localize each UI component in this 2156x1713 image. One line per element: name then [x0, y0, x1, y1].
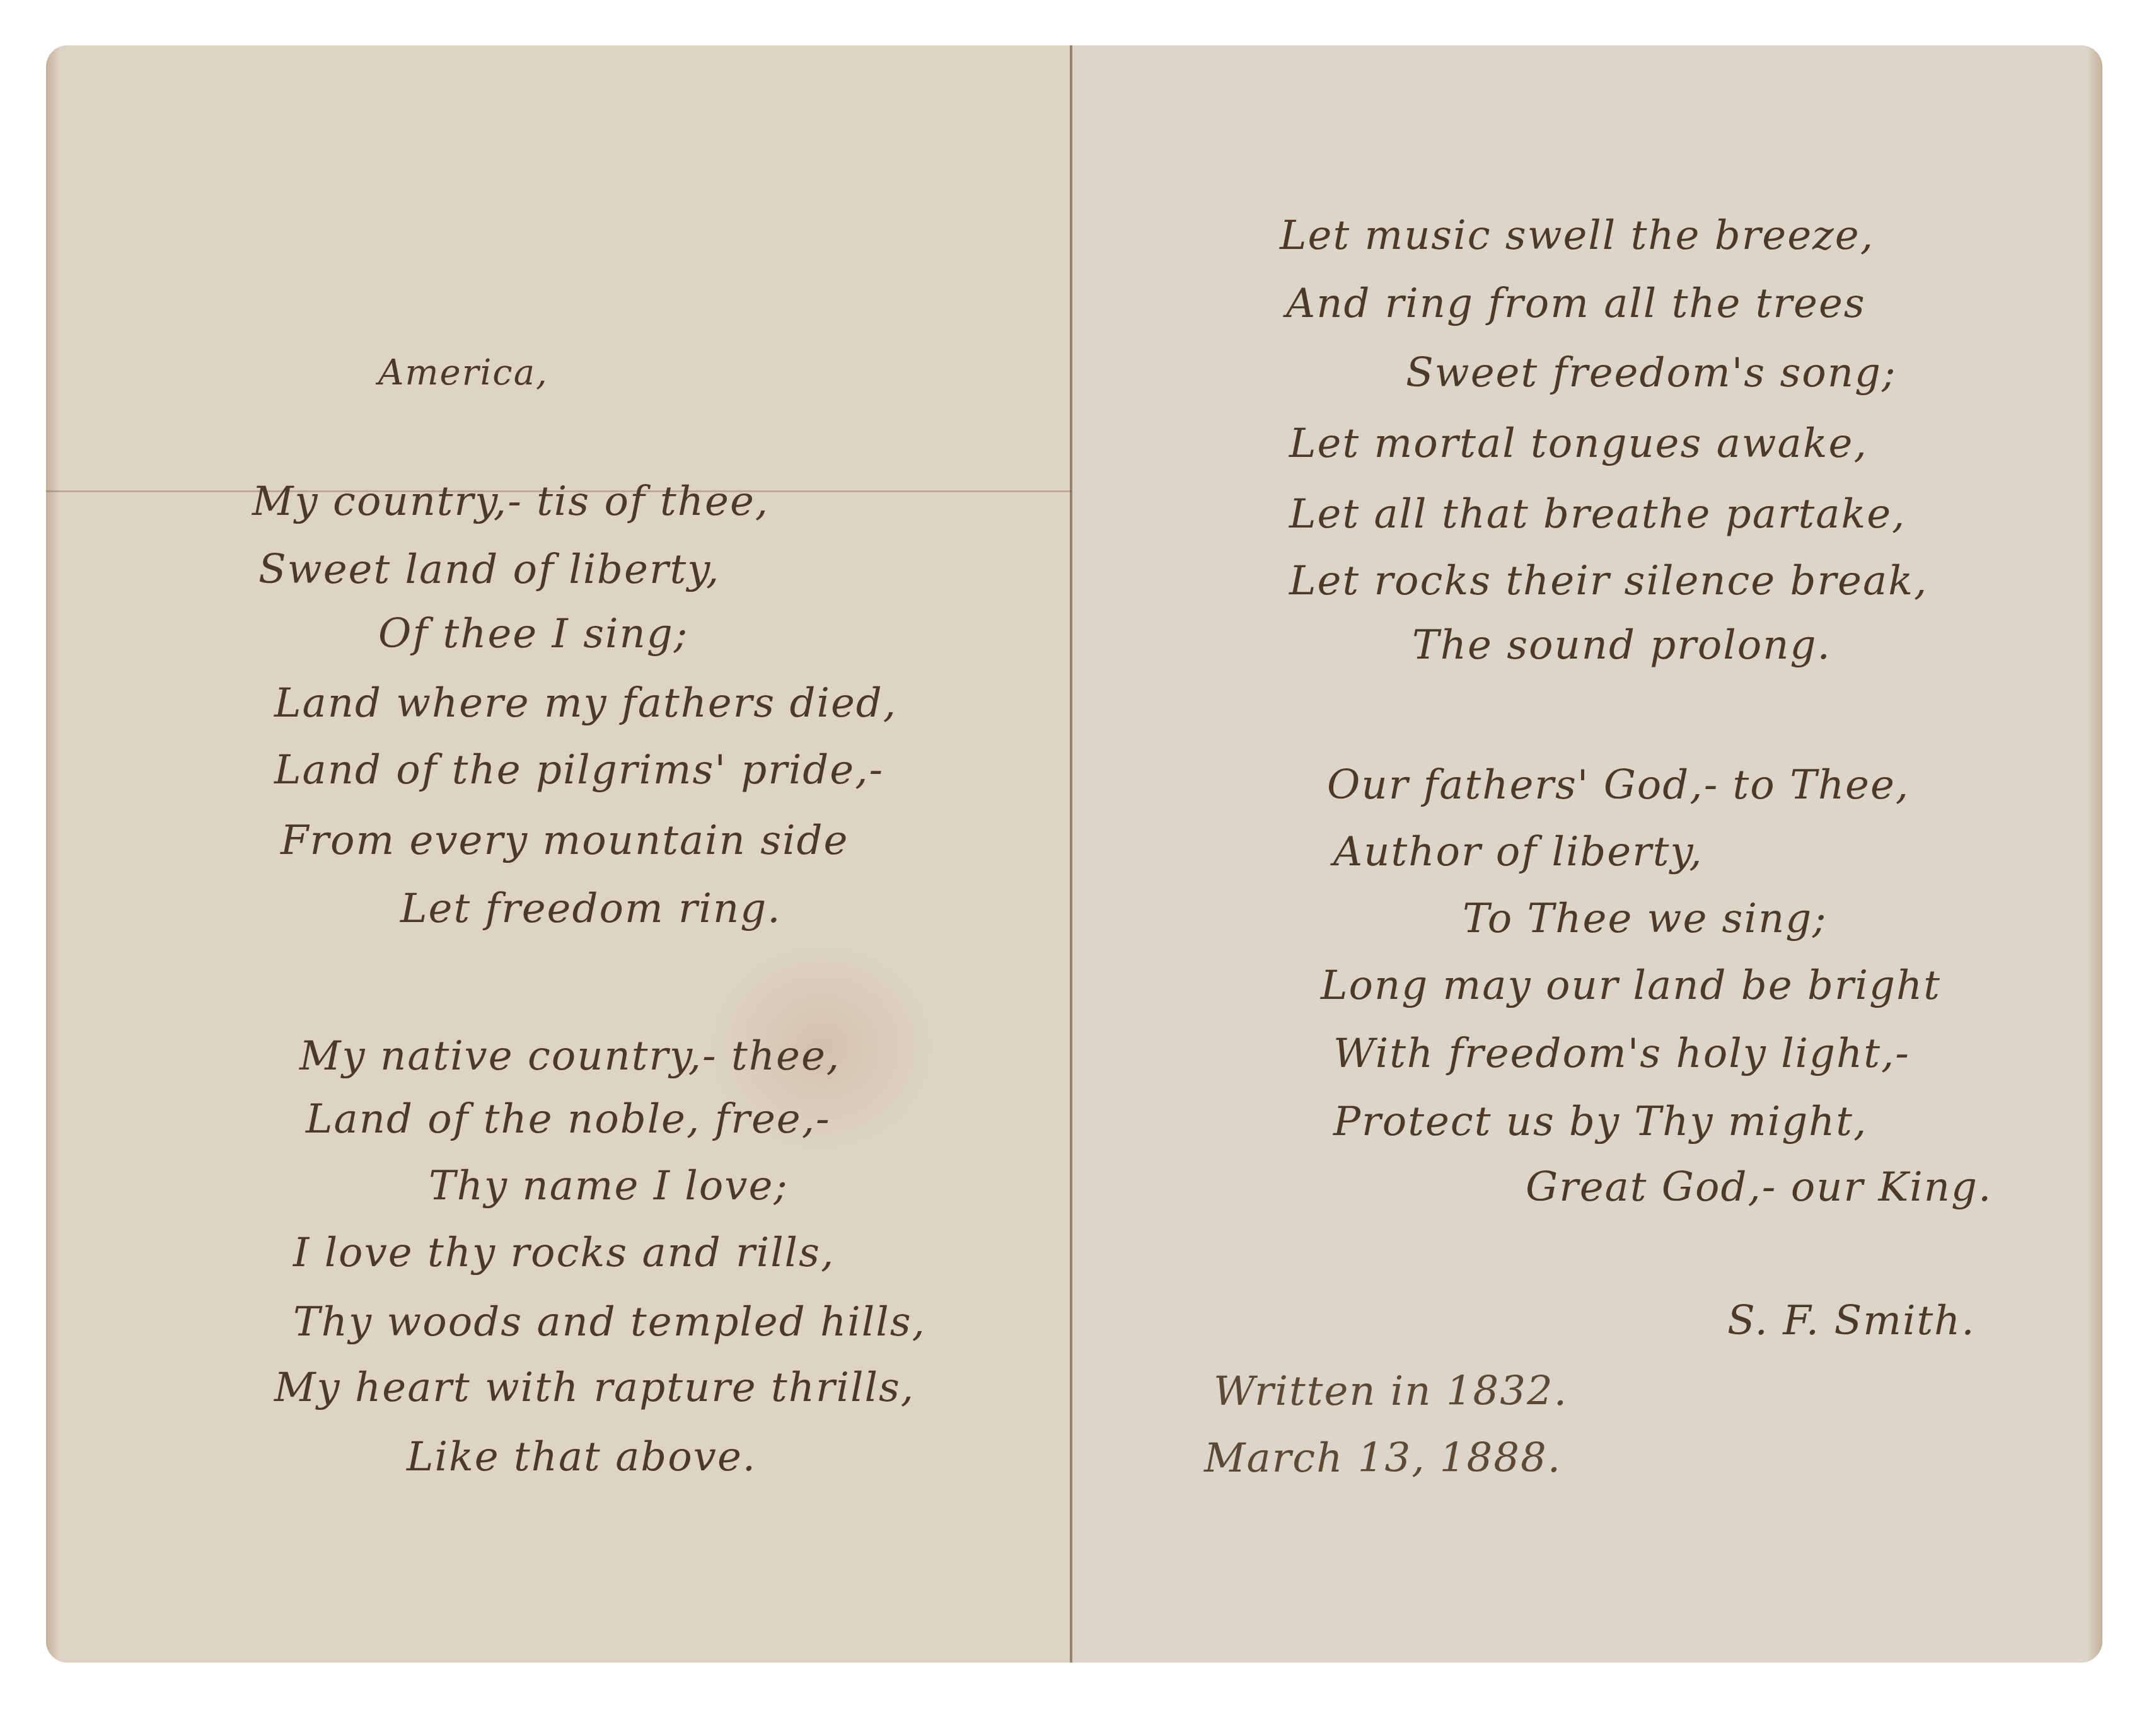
poem-line: Of thee I sing; — [378, 614, 688, 654]
poem-line: Land where my fathers died, — [274, 683, 897, 724]
poem-title: America, — [378, 355, 548, 391]
poem-line: And ring from all the trees — [1286, 284, 1866, 324]
poem-line: Great God,- our King. — [1526, 1167, 1992, 1208]
poem-line: Thy name I love; — [429, 1166, 789, 1206]
date-note: March 13, 1888. — [1204, 1438, 1562, 1479]
poem-line: Land of the noble, free,- — [306, 1099, 831, 1139]
poem-line: Like that above. — [407, 1437, 756, 1477]
poem-line: Let mortal tongues awake, — [1289, 424, 1868, 464]
poem-line: Our fathers' God,- to Thee, — [1327, 765, 1910, 805]
poem-line: Let freedom ring. — [400, 889, 782, 929]
poem-line: Let rocks their silence break, — [1289, 561, 1928, 601]
poem-line: Author of liberty, — [1333, 832, 1703, 872]
poem-line: From every mountain side — [281, 821, 849, 861]
poem-line: Let all that breathe partake, — [1289, 494, 1906, 534]
poem-line: Thy woods and templed hills, — [293, 1302, 926, 1342]
poem-line: Sweet land of liberty, — [258, 550, 720, 590]
poem-line: Protect us by Thy might, — [1333, 1102, 1867, 1142]
poem-line: The sound prolong. — [1412, 625, 1831, 666]
author-signature: S. F. Smith. — [1727, 1301, 1976, 1341]
poem-line: Let music swell the breeze, — [1280, 216, 1874, 256]
poem-line: My native country,- thee, — [299, 1036, 840, 1076]
manuscript-sheet: America, My country,- tis of thee, Sweet… — [46, 45, 2102, 1663]
written-note: Written in 1832. — [1214, 1371, 1568, 1412]
poem-line: To Thee we sing; — [1463, 899, 1828, 939]
poem-line: Land of the pilgrims' pride,- — [274, 750, 884, 790]
page-spine — [1070, 45, 1072, 1663]
poem-line: I love thy rocks and rills, — [293, 1233, 835, 1273]
poem-line: My heart with rapture thrills, — [274, 1368, 915, 1408]
right-page: Let music swell the breeze, And ring fro… — [1072, 45, 2102, 1663]
poem-line: Sweet freedom's song; — [1406, 353, 1897, 393]
poem-line: With freedom's holy light,- — [1333, 1034, 1910, 1074]
poem-line: Long may our land be bright — [1321, 966, 1941, 1006]
left-page: America, My country,- tis of thee, Sweet… — [46, 45, 1072, 1663]
poem-line: My country,- tis of thee, — [252, 482, 769, 522]
